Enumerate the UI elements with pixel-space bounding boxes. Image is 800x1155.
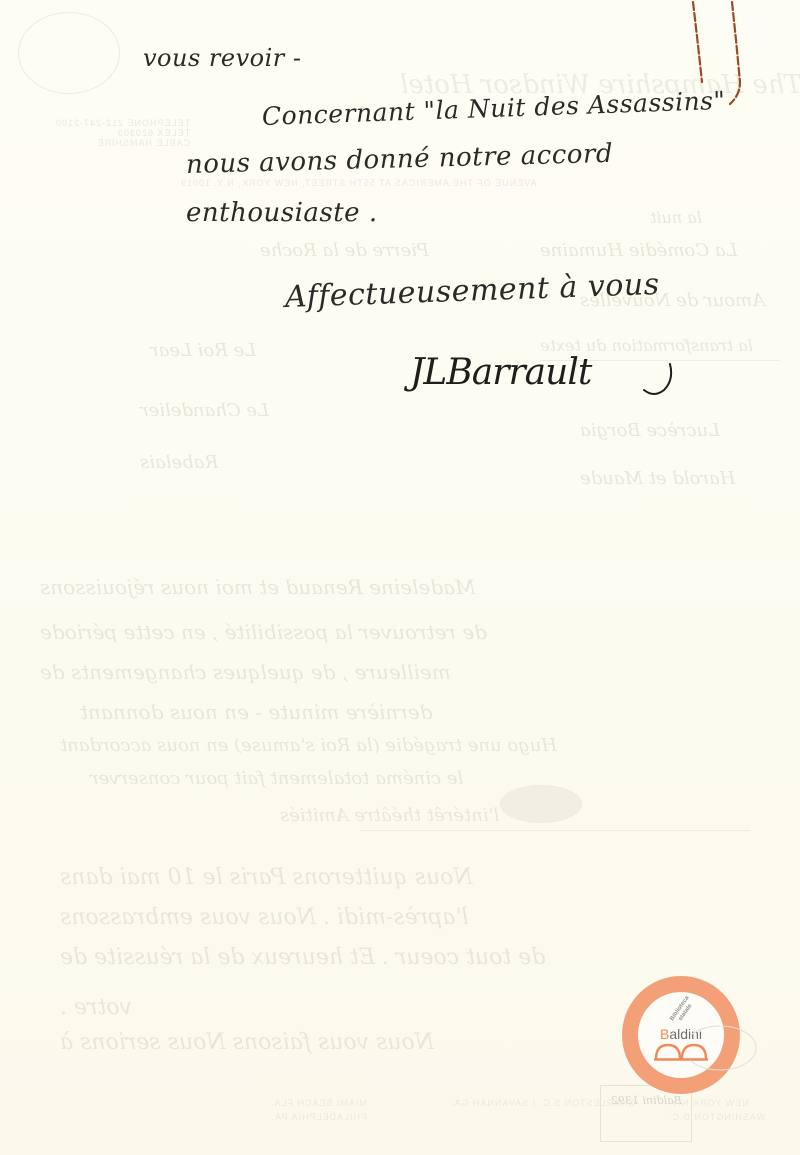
signature: JLBarrault bbox=[410, 352, 591, 393]
ghost-rule bbox=[360, 830, 750, 831]
ghost-text: Nous vous faisons Nous serions à bbox=[60, 1030, 434, 1055]
ghost-text: La Comédie Humaine bbox=[540, 240, 737, 261]
ghost-text: l'intérêt théâtre Amitiés bbox=[280, 805, 499, 826]
ghost-text: Pierre de la Roche bbox=[260, 240, 429, 261]
scanned-letter-page: The Hampshire Windsor Hotel AVENUE OF TH… bbox=[0, 0, 800, 1155]
archive-box-label: Baldini 1392 bbox=[611, 1094, 682, 1108]
letter-line-4: enthousiaste . bbox=[186, 198, 378, 228]
ghost-text: Lucrèce Borgia bbox=[580, 420, 720, 441]
ghost-stamp-smudge bbox=[500, 785, 582, 823]
ghost-text: Harold et Maude bbox=[580, 468, 735, 489]
ghost-text: l'après-midi . Nous vous embrassons bbox=[60, 905, 469, 930]
ghost-text: Le Roi Lear bbox=[150, 340, 256, 361]
ghost-text: de retrouver la possibilité , en cette p… bbox=[40, 620, 487, 644]
ghost-text: Le Chandelier bbox=[140, 400, 269, 421]
ghost-emblem bbox=[18, 12, 120, 94]
ghost-letterhead-contacts: TELEPHONE 212-247-2100TELEX 620303CABLE … bbox=[55, 118, 190, 148]
ghost-text: Rabelais bbox=[140, 452, 218, 473]
stamp-name-initial: B bbox=[660, 1026, 669, 1042]
ghost-letterhead-address: AVENUE OF THE AMERICAS AT 55TH STREET, N… bbox=[180, 178, 537, 188]
ghost-footer-middle: MIAMI BEACH FLA.PHILADELPHIA PA. bbox=[270, 1096, 367, 1124]
ghost-text: Madeleine Renaud et moi nous réjouissons bbox=[40, 575, 476, 599]
signature-flourish bbox=[640, 360, 680, 400]
ghost-text: votre . bbox=[60, 995, 132, 1020]
ghost-text: Hugo une tragédie (la Roi s'amuse) en no… bbox=[60, 735, 557, 756]
ghost-text: le cinéma totalement fait pour conserver bbox=[90, 768, 463, 789]
ghost-text: la nuit bbox=[650, 208, 702, 227]
letter-line-3: nous avons donné notre accord bbox=[186, 139, 614, 180]
ghost-text: dernière minute - en nous donnant bbox=[80, 700, 432, 724]
ghost-oval-stamp bbox=[690, 1020, 760, 1076]
ghost-text: de tout coeur . Et heureux de la réussit… bbox=[60, 945, 545, 970]
ghost-text: meilleure , de quelques changements de bbox=[40, 660, 451, 684]
ghost-text: Nous quitterons Paris le 10 mai dans bbox=[60, 865, 473, 890]
letter-line-1: vous revoir - bbox=[143, 44, 301, 72]
